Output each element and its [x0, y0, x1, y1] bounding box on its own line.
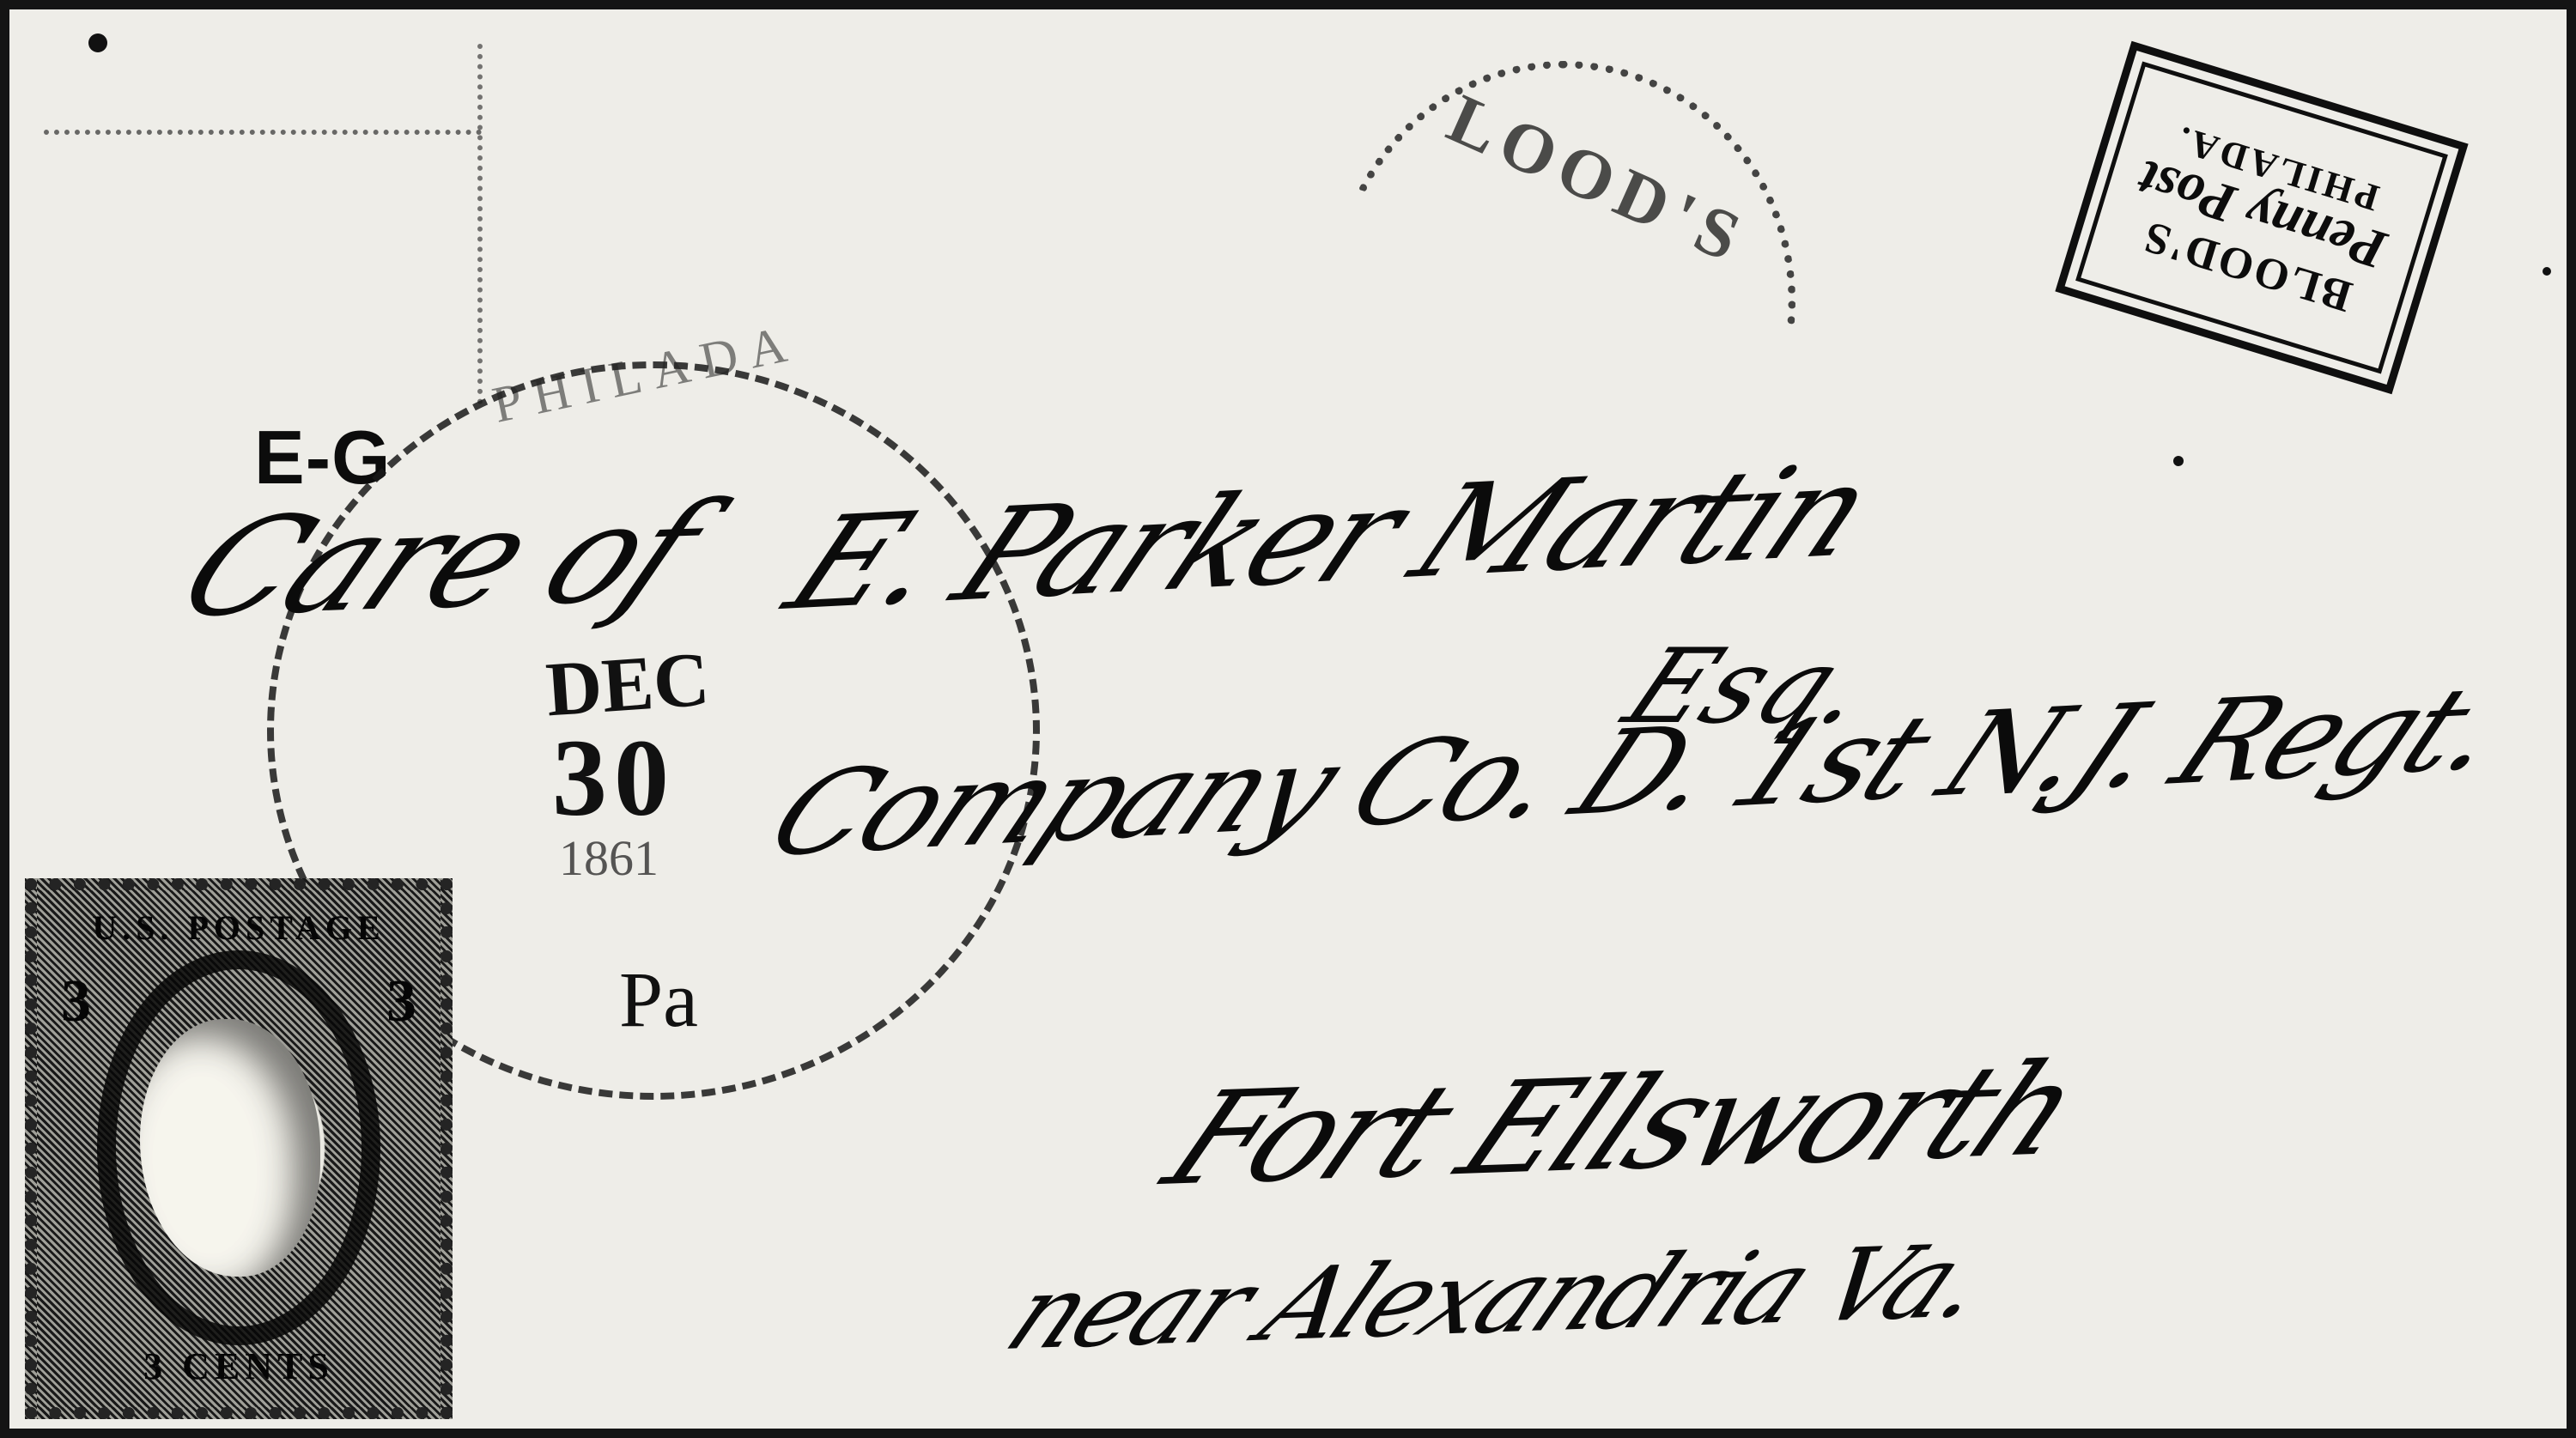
address-line: Fort Ellsworth [1143, 1035, 2101, 1215]
bloods-penny-post-handstamp: BLOOD'S Penny Post PHILADA. [2055, 41, 2468, 395]
handstamp-inner-frame: BLOOD'S Penny Post PHILADA. [2075, 61, 2448, 373]
dotted-rule [44, 130, 482, 135]
ink-speck [2173, 456, 2184, 466]
address-recipient: E. Parker Martin [765, 436, 1893, 640]
postage-stamp: U.S. POSTAGE 3 3 3 CENTS [25, 878, 453, 1419]
cover-scan: E-G LOOD'S BLOOD'S Penny Post PHILADA. P… [0, 0, 2576, 1438]
postmark-day: 30 [552, 715, 676, 841]
stamp-denomination-right: 3 [386, 968, 416, 1036]
address-line: near Alexandria Va. [988, 1222, 2008, 1373]
stamp-top-text: U.S. POSTAGE [37, 907, 440, 948]
ink-speck [88, 33, 107, 52]
stamp-bottom-text: 3 CENTS [37, 1344, 440, 1388]
ink-speck [2543, 267, 2551, 276]
dotted-rule [477, 44, 483, 404]
postmark-state: Pa [619, 954, 698, 1045]
postmark-year: 1861 [559, 829, 659, 887]
stamp-denomination-left: 3 [61, 968, 91, 1036]
address-line: Care of [155, 474, 723, 648]
